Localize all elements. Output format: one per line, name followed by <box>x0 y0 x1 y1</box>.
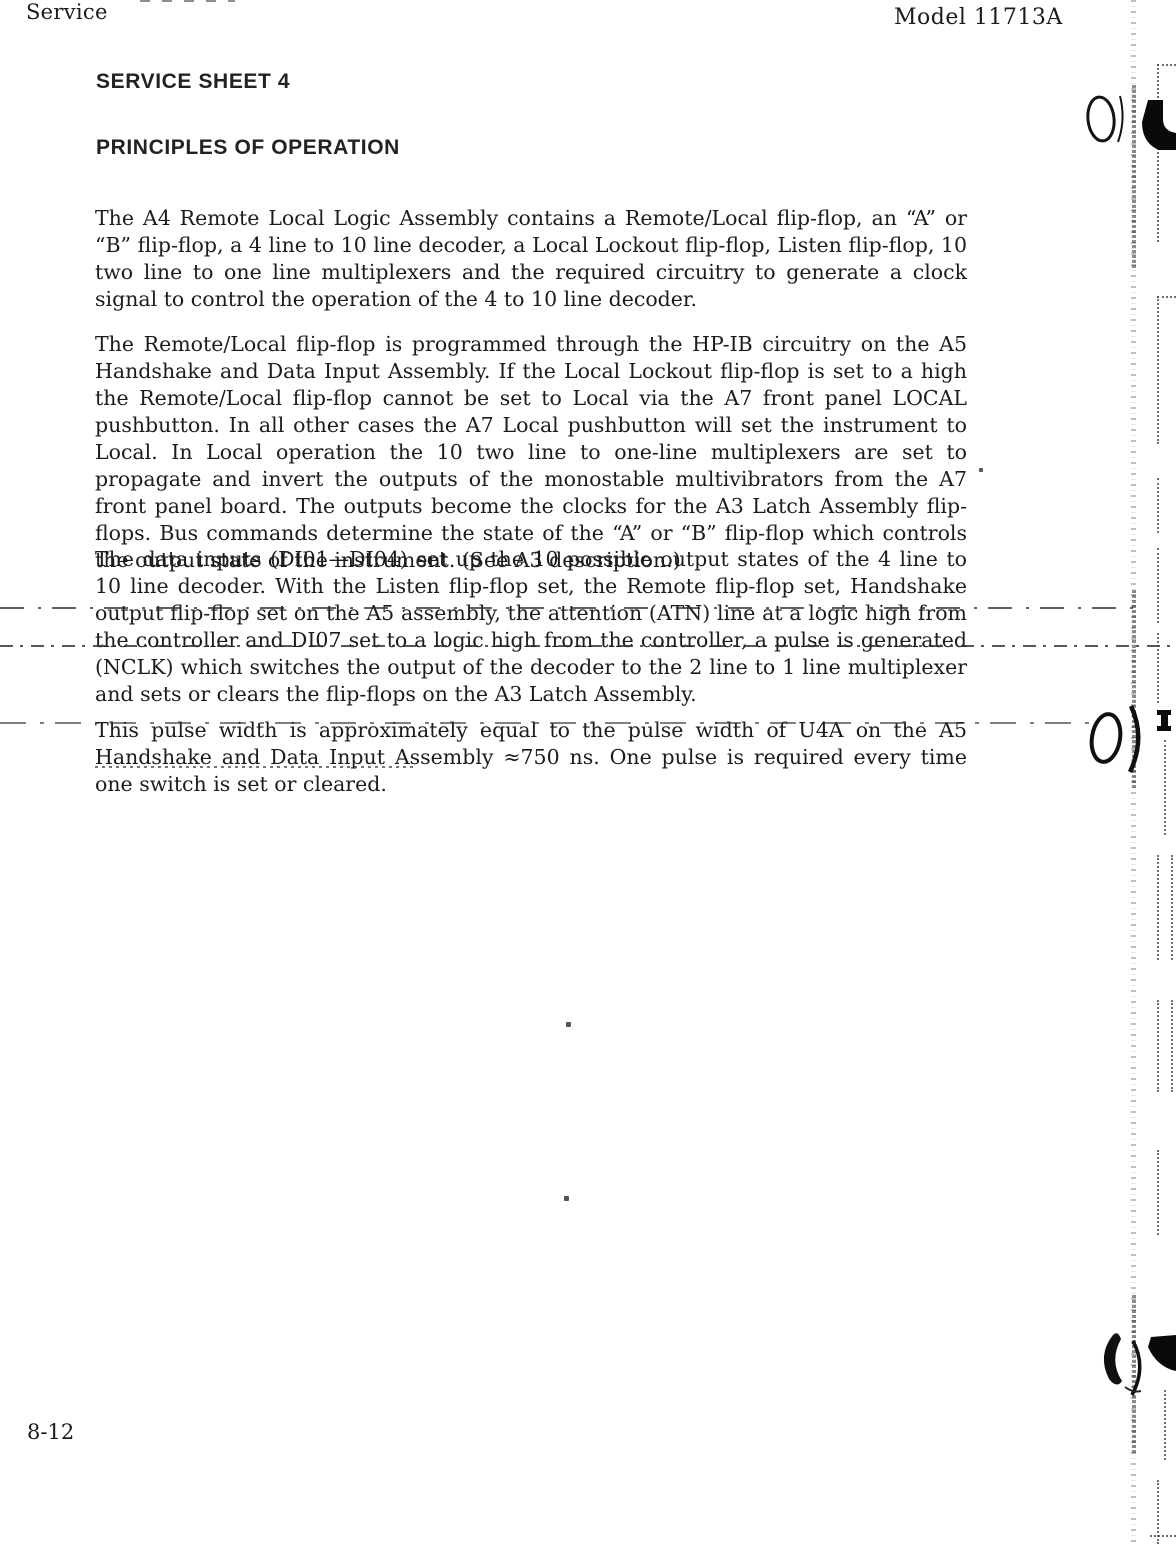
scan-artifact-dotted-segment <box>1164 1390 1166 1460</box>
scan-artifact-dotted-corner <box>1150 1535 1176 1537</box>
scan-artifact-dotted-segment <box>1157 633 1159 703</box>
scan-artifact-dotted-segment <box>1157 478 1159 533</box>
scan-artifact-dotted-segment <box>1157 1000 1159 1092</box>
scan-artifact-dotted-segment <box>1171 1000 1173 1092</box>
scan-artifact-dotted-segment <box>1157 1150 1159 1235</box>
scan-artifact-speck <box>979 468 983 472</box>
principles-of-operation-title: PRINCIPLES OF OPERATION <box>96 136 400 160</box>
scan-artifact-noise-dark-1 <box>1132 85 1136 270</box>
header-section-label: Service <box>26 0 108 24</box>
scan-artifact-ink-blob-bottom <box>1095 1325 1176 1405</box>
scan-artifact-top-edge-dashes <box>140 0 235 2</box>
scan-artifact-dotted-segment <box>1157 64 1159 242</box>
scan-artifact-ink-blob-middle <box>1085 700 1176 780</box>
scan-artifact-ink-blob-top <box>1080 90 1176 154</box>
paragraph-4: This pulse width is approximately equal … <box>95 717 967 798</box>
scanned-manual-page: Service Model 11713A SERVICE SHEET 4 PRI… <box>0 0 1176 1544</box>
paragraph-3: The data inputs (DI01—DI04) set up the 1… <box>95 546 967 708</box>
scan-artifact-dotted-corner <box>1157 296 1176 298</box>
scan-artifact-speck <box>564 1196 569 1201</box>
scan-artifact-dotted-segment <box>1157 855 1159 960</box>
scan-artifact-dotted-segment <box>1164 740 1166 835</box>
scan-artifact-dotted-segment <box>1157 548 1159 623</box>
scan-artifact-dotted-segment <box>1157 296 1159 444</box>
scan-artifact-dotted-segment <box>1171 855 1173 960</box>
scan-artifact-speck <box>566 1022 571 1027</box>
header-model-label: Model 11713A <box>894 5 1063 30</box>
paragraph-2: The Remote/Local flip-flop is programmed… <box>95 331 967 574</box>
paragraph-1: The A4 Remote Local Logic Assembly conta… <box>95 205 967 313</box>
scan-artifact-noise-dark-3 <box>1132 1295 1136 1455</box>
scan-artifact-dotted-segment <box>1157 1480 1159 1544</box>
scan-artifact-noise-dark-2 <box>1132 590 1136 790</box>
service-sheet-title: SERVICE SHEET 4 <box>96 70 290 94</box>
scan-artifact-dotted-corner <box>1157 64 1176 66</box>
page-number: 8-12 <box>27 1420 74 1444</box>
scan-artifact-noise-column <box>1131 0 1136 1544</box>
